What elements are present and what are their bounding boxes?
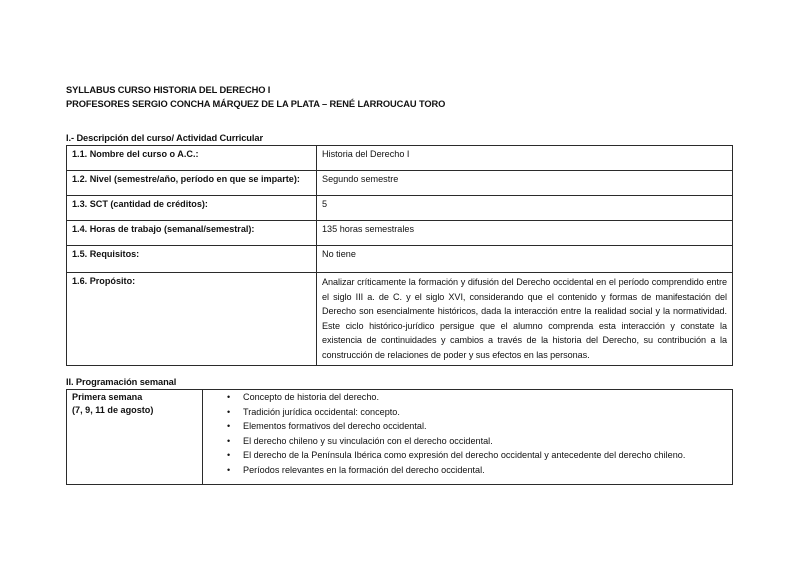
bullet-icon: • (227, 448, 230, 463)
table-row: 1.4. Horas de trabajo (semanal/semestral… (67, 221, 733, 246)
syllabus-title: SYLLABUS CURSO HISTORIA DEL DERECHO I (66, 83, 445, 97)
topics-list: •Concepto de historia del derecho. •Trad… (203, 390, 727, 478)
topic-text: Elementos formativos del derecho occiden… (243, 421, 427, 431)
weekly-schedule-table: Primera semana (7, 9, 11 de agosto) •Con… (66, 389, 733, 485)
list-item: •Elementos formativos del derecho occide… (203, 419, 727, 434)
topic-text: El derecho de la Península Ibérica como … (243, 450, 685, 460)
week-name: Primera semana (72, 391, 197, 404)
row-label: 1.5. Requisitos: (67, 246, 317, 273)
row-label: 1.1. Nombre del curso o A.C.: (67, 146, 317, 171)
week-dates: (7, 9, 11 de agosto) (72, 404, 197, 417)
row-label: 1.6. Propósito: (67, 273, 317, 366)
purpose-text: Analizar críticamente la formación y dif… (317, 273, 733, 366)
row-label: 1.4. Horas de trabajo (semanal/semestral… (67, 221, 317, 246)
table-row: 1.3. SCT (cantidad de créditos): 5 (67, 196, 733, 221)
row-value: 5 (317, 196, 733, 221)
list-item: •Períodos relevantes en la formación del… (203, 463, 727, 478)
topic-text: Concepto de historia del derecho. (243, 392, 379, 402)
topic-text: Períodos relevantes en la formación del … (243, 465, 485, 475)
section-course-description-title: I.- Descripción del curso/ Actividad Cur… (66, 132, 263, 144)
table-row: 1.5. Requisitos: No tiene (67, 246, 733, 273)
table-row: 1.6. Propósito: Analizar críticamente la… (67, 273, 733, 366)
bullet-icon: • (227, 434, 230, 449)
topic-text: Tradición jurídica occidental: concepto. (243, 407, 400, 417)
row-value: Historia del Derecho I (317, 146, 733, 171)
row-value: Segundo semestre (317, 171, 733, 196)
bullet-icon: • (227, 419, 230, 434)
bullet-icon: • (227, 390, 230, 405)
table-row: Primera semana (7, 9, 11 de agosto) •Con… (67, 390, 733, 485)
section-weekly-schedule-title: II. Programación semanal (66, 376, 176, 388)
bullet-icon: • (227, 405, 230, 420)
week-cell: Primera semana (7, 9, 11 de agosto) (67, 390, 203, 485)
list-item: •El derecho chileno y su vinculación con… (203, 434, 727, 449)
list-item: •El derecho de la Península Ibérica como… (203, 448, 727, 463)
row-label: 1.3. SCT (cantidad de créditos): (67, 196, 317, 221)
professors-line: PROFESORES SERGIO CONCHA MÁRQUEZ DE LA P… (66, 97, 445, 111)
row-value: 135 horas semestrales (317, 221, 733, 246)
topic-text: El derecho chileno y su vinculación con … (243, 436, 493, 446)
document-header: SYLLABUS CURSO HISTORIA DEL DERECHO I PR… (66, 83, 445, 111)
topics-cell: •Concepto de historia del derecho. •Trad… (203, 390, 733, 485)
course-description-table: 1.1. Nombre del curso o A.C.: Historia d… (66, 145, 733, 366)
table-row: 1.2. Nivel (semestre/año, período en que… (67, 171, 733, 196)
row-value: No tiene (317, 246, 733, 273)
list-item: •Tradición jurídica occidental: concepto… (203, 405, 727, 420)
table-row: 1.1. Nombre del curso o A.C.: Historia d… (67, 146, 733, 171)
bullet-icon: • (227, 463, 230, 478)
list-item: •Concepto de historia del derecho. (203, 390, 727, 405)
row-label: 1.2. Nivel (semestre/año, período en que… (67, 171, 317, 196)
